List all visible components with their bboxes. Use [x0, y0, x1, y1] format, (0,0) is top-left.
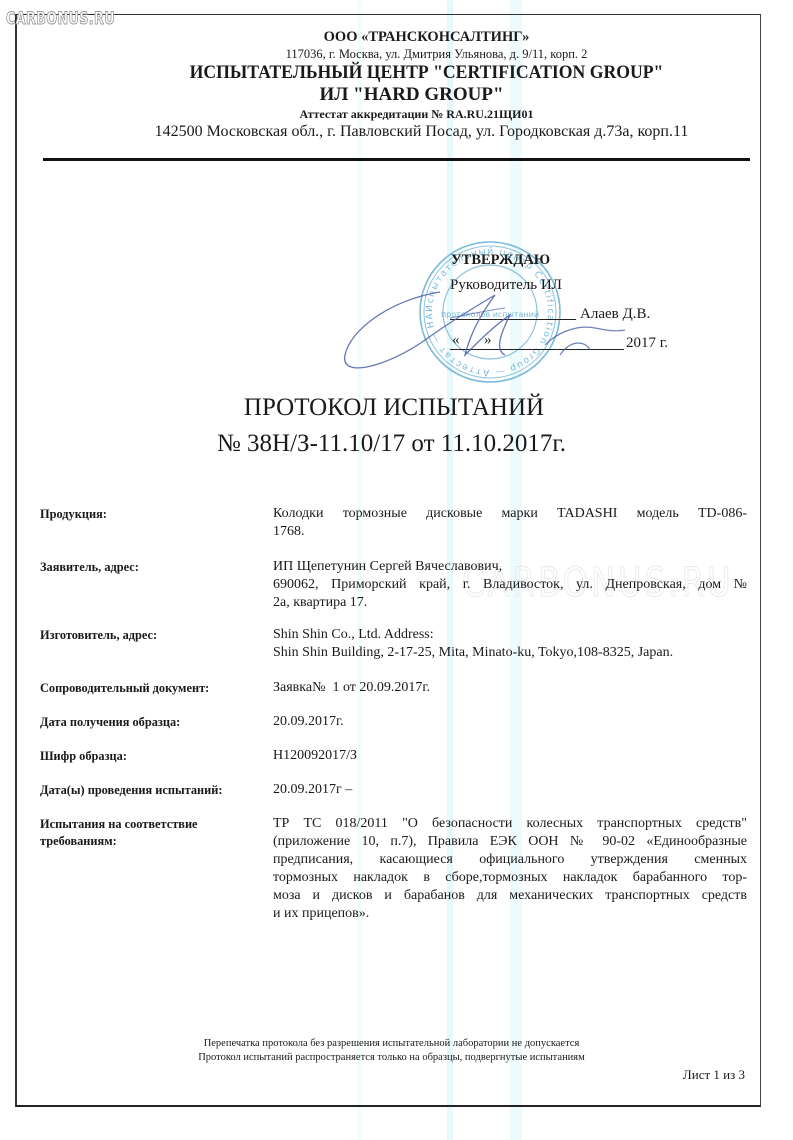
accreditation-number: Аттестат аккредитации № RA.RU.21ЩИ01: [40, 106, 793, 122]
organization-name: ООО «ТРАНСКОНСАЛТИНГ»: [60, 28, 793, 46]
field-value: 20.09.2017г –: [273, 781, 747, 799]
page-number: Лист 1 из 3: [683, 1067, 745, 1083]
laboratory-address: 142500 Московская обл., г. Павловский По…: [50, 122, 793, 142]
letterhead: ООО «ТРАНСКОНСАЛТИНГ» 117036, г. Москва,…: [0, 28, 793, 142]
approval-year: 2017 г.: [626, 335, 668, 352]
organization-address: 117036, г. Москва, ул. Дмитрия Ульянова,…: [80, 46, 793, 62]
testing-center-name: ИСПЫТАТЕЛЬНЫЙ ЦЕНТР "CERTIFICATION GROUP…: [86, 62, 768, 84]
document-title: ПРОТОКОЛ ИСПЫТАНИЙ: [0, 394, 793, 422]
document-number: № 38Н/З-11.10/17 от 11.10.2017г.: [0, 430, 793, 458]
field-label: Дата получения образца:: [40, 713, 259, 730]
field-label: Дата(ы) проведения испытаний:: [40, 781, 259, 798]
field-value: Н120092017/З: [273, 747, 747, 765]
field-value: Колодки тормозные дисковые марки TADASHI…: [273, 505, 747, 541]
field-value: 20.09.2017г.: [273, 713, 747, 731]
approval-title: УТВЕРЖДАЮ: [451, 252, 550, 269]
field-value: Заявка№ 1 от 20.09.2017г.: [273, 679, 747, 697]
field-value: ИП Щепетунин Сергей Вячеславович,690062,…: [273, 558, 747, 612]
field-label: Шифр образца:: [40, 747, 259, 764]
field-label: Продукция:: [40, 505, 259, 522]
field-label: Сопроводительный документ:: [40, 679, 259, 696]
field-value: Shin Shin Co., Ltd. Address:Shin Shin Bu…: [273, 626, 747, 662]
field-label: Заявитель, адрес:: [40, 558, 259, 575]
header-divider: [43, 158, 750, 161]
handwritten-signature-icon: [330, 270, 630, 390]
watermark-logo: CARBONUS.RU: [6, 9, 115, 29]
footer-notice: Перепечатка протокола без разрешения исп…: [0, 1037, 793, 1065]
footer-reprint-notice: Перепечатка протокола без разрешения исп…: [0, 1037, 793, 1051]
laboratory-name: ИЛ "HARD GROUP": [30, 84, 793, 106]
field-label: Изготовитель, адрес:: [40, 626, 259, 643]
field-value: ТР ТС 018/2011 "О безопасности колесных …: [273, 815, 747, 923]
field-label: Испытания на соответствиетребованиям:: [40, 815, 259, 849]
footer-scope-notice: Протокол испытаний распространяется толь…: [0, 1051, 793, 1065]
